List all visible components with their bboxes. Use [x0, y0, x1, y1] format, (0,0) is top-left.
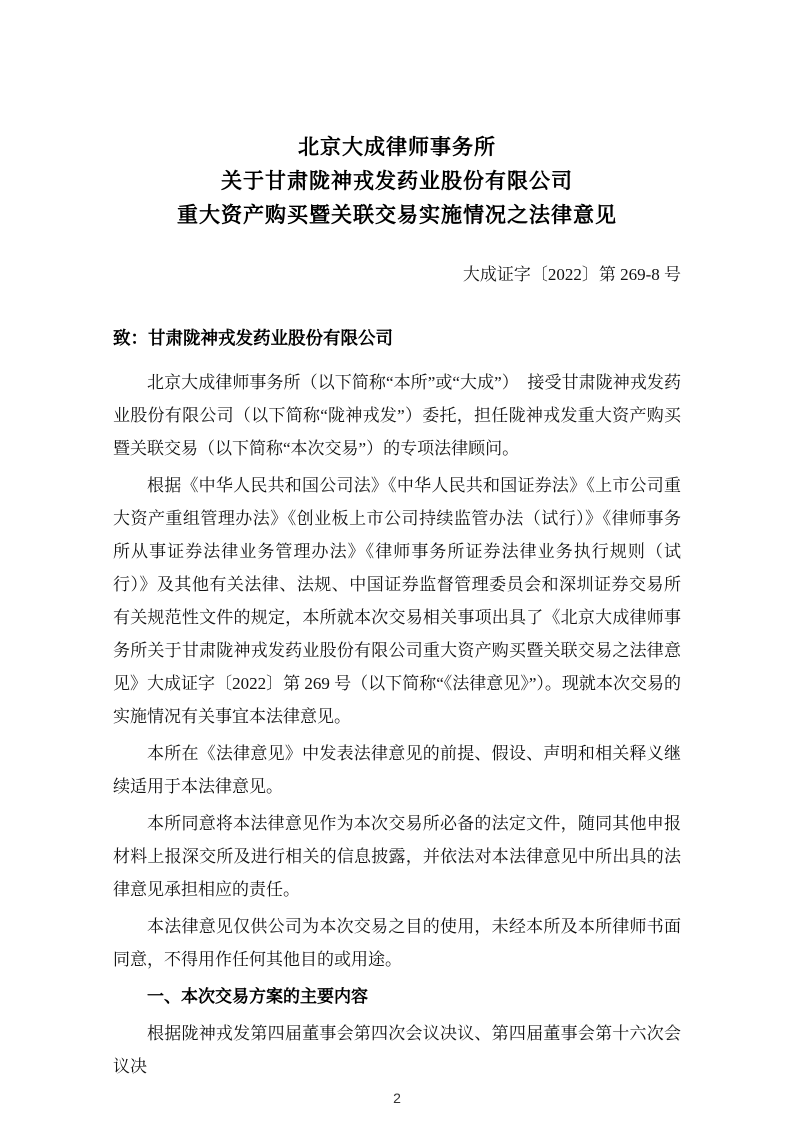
- page-number: 2: [113, 1089, 681, 1107]
- paragraph-premises: 本所在《法律意见》中发表法律意见的前提、假设、声明和相关释义继续适用于本法律意见…: [113, 737, 681, 803]
- section-heading-1: 一、本次交易方案的主要内容: [113, 980, 681, 1013]
- paragraph-legal-basis: 根据《中华人民共和国公司法》《中华人民共和国证券法》《上市公司重大资产重组管理办…: [113, 469, 681, 733]
- paragraph-engagement: 北京大成律师事务所（以下简称“本所”或“大成”） 接受甘肃陇神戎发药业股份有限公…: [113, 366, 681, 465]
- document-title: 北京大成律师事务所 关于甘肃陇神戎发药业股份有限公司 重大资产购买暨关联交易实施…: [113, 131, 681, 233]
- paragraph-consent-disclosure: 本所同意将本法律意见作为本次交易所必备的法定文件，随同其他申报材料上报深交所及进…: [113, 807, 681, 906]
- document-reference-number: 大成证字〔2022〕第 269-8 号: [113, 263, 681, 287]
- paragraph-usage-restriction: 本法律意见仅供公司为本次交易之目的使用，未经本所及本所律师书面同意，不得用作任何…: [113, 910, 681, 976]
- document-page: 北京大成律师事务所 关于甘肃陇神戎发药业股份有限公司 重大资产购买暨关联交易实施…: [0, 0, 793, 1122]
- salutation-line: 致：甘肃陇神戎发药业股份有限公司: [113, 326, 681, 351]
- title-line-1: 北京大成律师事务所: [113, 131, 681, 165]
- title-line-2: 关于甘肃陇神戎发药业股份有限公司: [113, 165, 681, 199]
- title-line-3: 重大资产购买暨关联交易实施情况之法律意见: [113, 199, 681, 233]
- paragraph-board-resolutions: 根据陇神戎发第四届董事会第四次会议决议、第四届董事会第十六次会议决: [113, 1017, 681, 1083]
